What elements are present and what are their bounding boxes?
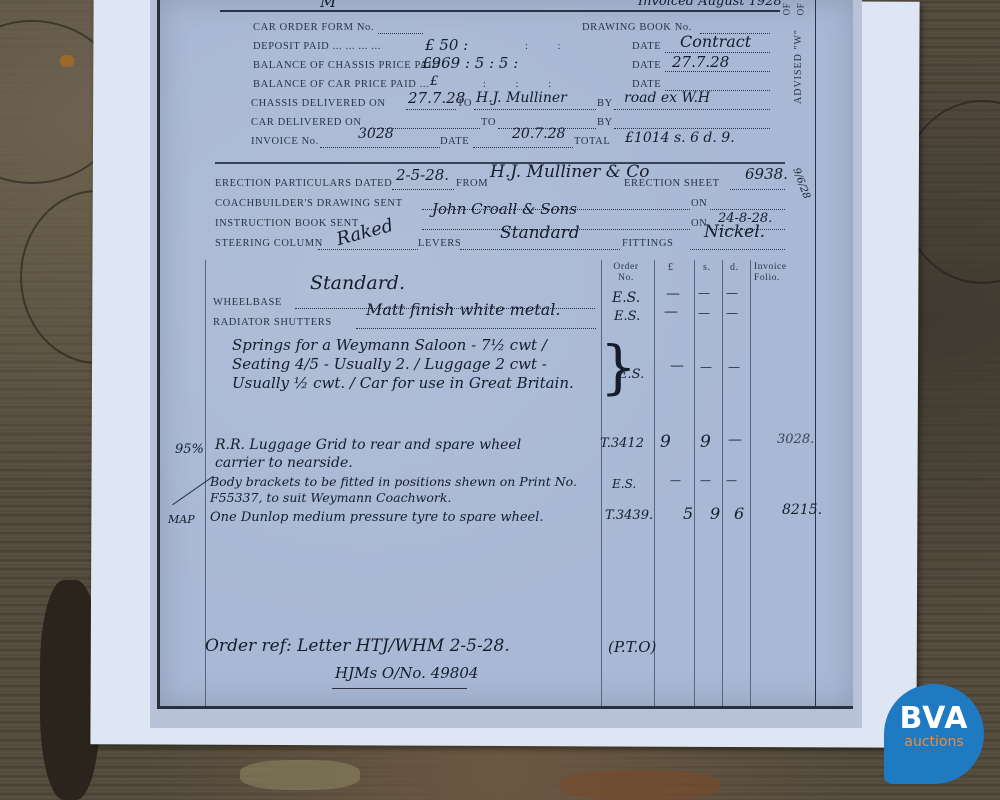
order-ref-underline xyxy=(332,688,467,689)
order-ref-line1: Order ref: Letter HTJ/WHM 2-5-28. xyxy=(205,636,510,656)
fittings-value: Nickel. xyxy=(704,222,765,242)
row-tyre-order: T.3439. xyxy=(605,508,653,523)
wood-stain xyxy=(240,760,360,790)
top-rule xyxy=(220,10,780,12)
chassis-to-field xyxy=(474,109,596,110)
row-luggage-order: T.3412 xyxy=(600,436,644,451)
erection-particulars-label: ERECTION PARTICULARS DATED xyxy=(215,178,392,189)
balance-chassis-date-field xyxy=(665,71,770,72)
row-wheelbase-label: WHEELBASE xyxy=(213,297,282,308)
row-luggage-folio: 3028. xyxy=(777,432,814,447)
header-pence: d. xyxy=(730,262,739,273)
coachbuilder-value: John Croall & Sons xyxy=(432,200,577,218)
order-ref-line2: HJMs O/No. 49804 xyxy=(335,664,478,682)
header-order-no: Order No. xyxy=(606,262,646,284)
levers-field xyxy=(460,249,620,250)
advised-label: ADVISED "W" xyxy=(793,29,804,104)
row-springs-text: Springs for a Weymann Saloon - 7½ cwt / … xyxy=(232,336,602,393)
erection-particulars-value: 2-5-28. xyxy=(396,166,449,184)
row-radiator-text: Matt finish white metal. xyxy=(366,300,560,319)
invoice-value: 3028 xyxy=(358,126,394,142)
row-radiator-order: E.S. xyxy=(614,309,640,324)
row-springs-pounds: — xyxy=(670,358,684,374)
pto-note: (P.T.O) xyxy=(608,638,656,656)
deposit-colons: : : xyxy=(525,41,561,52)
balance-car-value: £ xyxy=(430,74,438,89)
row-radiator-field xyxy=(356,328,596,329)
chassis-by-field xyxy=(614,109,770,110)
row-tyre-margin: MAP xyxy=(168,513,195,526)
bva-brand: BVA xyxy=(884,684,984,734)
coachbuilder-label: COACHBUILDER'S DRAWING SENT xyxy=(215,198,403,209)
erection-particulars-field xyxy=(392,189,454,190)
row-wheelbase-text: Standard. xyxy=(310,272,405,294)
deposit-date-value: Contract xyxy=(680,32,751,51)
balance-car-date-label: DATE xyxy=(632,79,661,90)
instruction-book-label: INSTRUCTION BOOK SENT xyxy=(215,218,359,229)
header-shillings: s. xyxy=(703,262,711,273)
right-border xyxy=(815,0,816,706)
col-folio-line xyxy=(750,260,751,706)
bva-sub: auctions xyxy=(884,734,984,750)
header-pounds: £ xyxy=(668,262,674,273)
row-luggage-margin: 95% xyxy=(175,442,204,457)
levers-value: Standard xyxy=(500,223,580,243)
invoiced-note: Invoiced August 1928 xyxy=(638,0,782,9)
row-brackets-order: E.S. xyxy=(612,477,636,491)
row-wheelbase-pounds: — xyxy=(666,286,680,302)
row-radiator-pounds: — xyxy=(664,304,678,320)
coachbuilder-on-label: ON xyxy=(691,198,707,209)
invoice-date-field xyxy=(473,147,573,148)
steering-column-field xyxy=(318,249,418,250)
car-order-form-label: CAR ORDER FORM No. xyxy=(253,22,374,33)
row-brackets-text: Body brackets to be fitted in positions … xyxy=(210,474,600,506)
col-shillings-line xyxy=(694,260,695,706)
balance-car-label: BALANCE OF CAR PRICE PAID ... xyxy=(253,79,429,90)
invoice-label: INVOICE No. xyxy=(251,136,319,147)
invoice-field xyxy=(320,147,440,148)
invoice-date-value: 20.7.28 xyxy=(512,126,565,142)
row-brackets-pounds: — xyxy=(670,474,681,487)
deposit-date-label: DATE xyxy=(632,41,661,52)
drawing-book-label: DRAWING BOOK No. xyxy=(582,22,692,33)
row-tyre-pounds: 5 xyxy=(683,504,693,523)
balance-car-colons: : : : xyxy=(483,79,552,90)
row-luggage-shillings: 9 xyxy=(700,432,711,452)
row-tyre-folio: 8215. xyxy=(782,502,822,518)
chassis-by-value: road ex W.H xyxy=(624,90,710,106)
row-radiator-label: RADIATOR SHUTTERS xyxy=(213,317,332,328)
row-radiator-pence: — xyxy=(726,306,738,320)
row-springs-order: E.S. xyxy=(618,367,644,382)
balance-chassis-date-value: 27.7.28 xyxy=(672,53,729,71)
row-wheelbase-pence: — xyxy=(726,286,738,300)
col-pence-line xyxy=(722,260,723,706)
row-brackets-pence: — xyxy=(726,474,737,487)
row-tyre-shillings: 9 xyxy=(710,504,720,523)
advised-of-2: OF xyxy=(795,3,805,16)
col-order-line xyxy=(601,260,602,706)
chassis-to-label: TO xyxy=(457,98,472,109)
invoice-date-label: DATE xyxy=(440,136,469,147)
coachbuilder-on-field xyxy=(710,209,785,210)
springs-text: Springs for a Weymann Saloon - 7½ cwt / … xyxy=(232,336,574,392)
balance-chassis-date-label: DATE xyxy=(632,60,661,71)
erection-sheet-note: 9/6/28 xyxy=(790,166,811,200)
total-label: TOTAL xyxy=(574,136,610,147)
chassis-to-value: H.J. Mulliner xyxy=(476,90,567,106)
balance-chassis-label: BALANCE OF CHASSIS PRICE PAID xyxy=(253,60,440,71)
row-brackets-shillings: — xyxy=(700,474,711,487)
row-springs-shillings: — xyxy=(700,360,712,374)
steering-column-label: STEERING COLUMN xyxy=(215,238,323,249)
total-value: £1014 s. 6 d. 9. xyxy=(625,130,735,146)
bva-auctions-logo: BVA auctions xyxy=(884,684,984,784)
car-order-form-field xyxy=(378,33,423,34)
balance-chassis-value: £969 : 5 : 5 : xyxy=(422,54,518,72)
chassis-by-label: BY xyxy=(597,98,613,109)
row-luggage-pence: — xyxy=(728,432,742,448)
row-wheelbase-order: E.S. xyxy=(612,290,640,306)
erection-from-label: FROM xyxy=(456,178,488,189)
deposit-paid-value: £ 50 : xyxy=(425,36,468,54)
header-invoice-folio: Invoice Folio. xyxy=(754,262,794,284)
erection-sheet-value: 6938. xyxy=(745,165,788,183)
car-by-field xyxy=(614,128,770,129)
wood-stain xyxy=(60,55,74,67)
row-luggage-pounds: 9 xyxy=(660,432,671,452)
row-radiator-shillings: — xyxy=(698,306,710,320)
erection-sheet-label: ERECTION SHEET xyxy=(624,178,720,189)
row-tyre-pence: 6 xyxy=(734,504,744,523)
chassis-delivered-field xyxy=(406,109,456,110)
car-by-label: BY xyxy=(597,117,613,128)
chassis-delivered-label: CHASSIS DELIVERED ON xyxy=(251,98,386,109)
fittings-field xyxy=(690,249,785,250)
advised-of-1: OF xyxy=(781,3,791,16)
wood-stain xyxy=(560,770,720,800)
row-springs-pence: — xyxy=(728,360,740,374)
car-to-label: TO xyxy=(481,117,496,128)
row-luggage-text: R.R. Luggage Grid to rear and spare whee… xyxy=(215,436,555,472)
erection-sheet-field xyxy=(730,189,785,190)
fittings-label: FITTINGS xyxy=(622,238,673,249)
margin-slash xyxy=(172,476,214,505)
car-delivered-label: CAR DELIVERED ON xyxy=(251,117,362,128)
deposit-paid-label: DEPOSIT PAID ... ... ... ... xyxy=(253,41,381,52)
levers-label: LEVERS xyxy=(418,238,461,249)
row-tyre-text: One Dunlop medium pressure tyre to spare… xyxy=(210,510,544,525)
car-order-document: M Invoiced August 1928 ADVISED "W" OF OF… xyxy=(157,0,853,709)
row-wheelbase-shillings: — xyxy=(698,286,710,300)
